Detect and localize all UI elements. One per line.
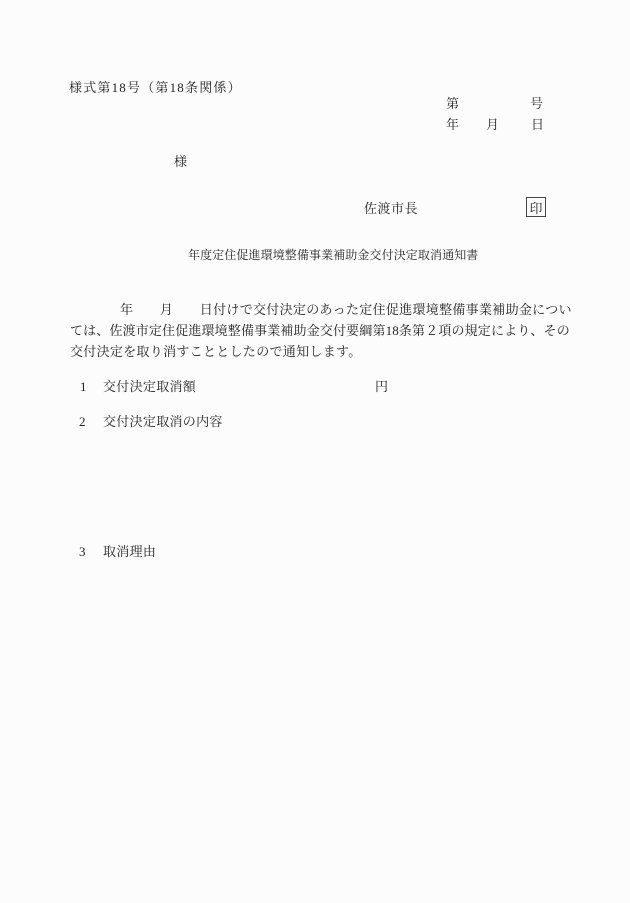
item-1-number: 1 [80, 379, 87, 394]
body-paragraph-line: ては、佐渡市定住促進環境整備事業補助金交付要綱第18条第２項の規定により、その [70, 323, 570, 338]
doc-number-prefix: 第 [446, 96, 459, 111]
seal-box: 印 [526, 197, 546, 217]
item-3-number: 3 [79, 544, 86, 559]
document-page: 様式第18号（第18条関係） 第 号 年 月 日 様 佐渡市長 印 年度定住促進… [0, 0, 630, 903]
date-month-label: 月 [486, 117, 499, 132]
date-day-label: 日 [531, 117, 544, 132]
seal-mark: 印 [529, 198, 542, 217]
item-1-label: 交付決定取消額 [103, 379, 196, 394]
item-1-unit: 円 [375, 379, 388, 394]
body-paragraph-line: 年 月 日付けで交付決定のあった定住促進環境整備事業補助金につい [120, 302, 572, 317]
item-2-label: 交付決定取消の内容 [103, 414, 223, 429]
date-year-label: 年 [446, 117, 459, 132]
sender-name: 佐渡市長 [364, 201, 418, 216]
item-3-label: 取消理由 [103, 544, 156, 559]
doc-number-suffix: 号 [530, 96, 543, 111]
item-2-number: 2 [79, 414, 86, 429]
document-title: 年度定住促進環境整備事業補助金交付決定取消通知書 [188, 248, 478, 263]
recipient-honorific: 様 [174, 154, 187, 169]
form-number: 様式第18号（第18条関係） [69, 80, 242, 95]
body-paragraph-line: 交付決定を取り消すこととしたので通知します。 [70, 344, 362, 359]
